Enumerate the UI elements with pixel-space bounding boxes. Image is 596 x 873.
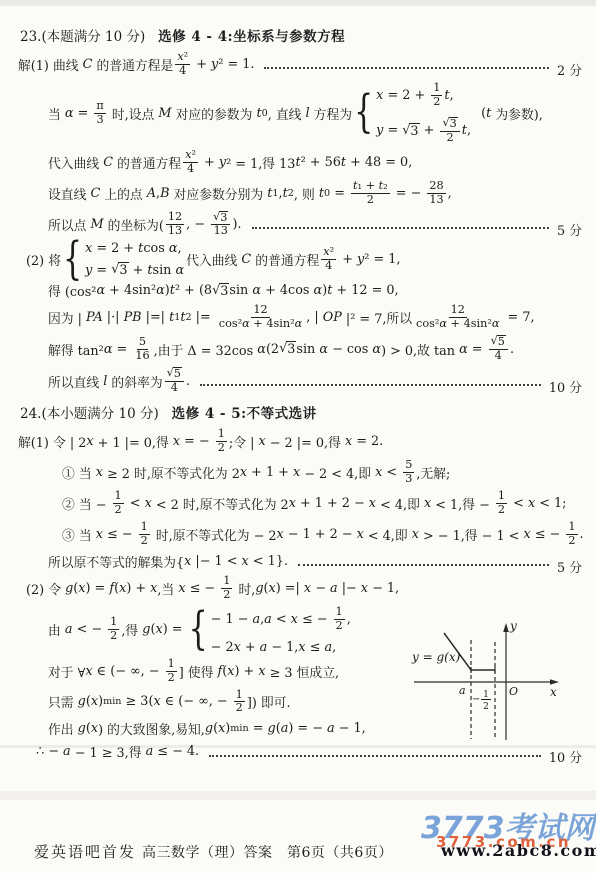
math-var: g (65, 581, 73, 596)
text-run: 上的点 (100, 184, 147, 203)
math-var: x (523, 527, 530, 542)
text-run: + 4cos (261, 283, 314, 298)
text-run: 2 (367, 194, 374, 207)
math-var: x (345, 434, 352, 449)
text-run: 2 (115, 504, 122, 517)
solution-line: ③ 当 x ≤ − 12 时,原不等式化为 − 2x − 1 + 2 − x <… (18, 520, 584, 549)
cases-row: y = √3 + tsin α (85, 262, 184, 278)
cases-rows: x = 2 + 12t,y = √3 + √32t, (376, 81, 471, 146)
scan-artifact-band (0, 791, 596, 800)
origin-label: O (509, 685, 518, 698)
text-run: ≤ − (103, 527, 137, 542)
math-var: x (361, 581, 368, 596)
text-run: 1 (236, 689, 243, 702)
math-fraction: √313 (211, 211, 230, 239)
math-fraction: t₁ + t₂2 (351, 180, 390, 207)
text-run: < (509, 496, 528, 511)
text-run: = (383, 123, 402, 138)
text-run: ² (184, 51, 189, 64)
cases-row: x = 2 + 12t, (376, 81, 471, 110)
solution-line: 解得 tan²α = 516,由于 Δ = 32cos α(2√3sin α −… (18, 334, 584, 364)
math-var: a (63, 744, 71, 759)
text-run: ,由于 Δ = 32cos (154, 340, 258, 359)
math-var: B (160, 186, 169, 201)
math-fraction: 12 (139, 521, 150, 548)
text-run: + (192, 57, 211, 72)
q24-header-prefix: 24.(本小题满分 10 分) (20, 406, 172, 422)
text-run: 1 (568, 521, 575, 534)
text-run: , | (306, 310, 323, 325)
text-run: 2 (447, 132, 454, 145)
math-var: a (330, 581, 338, 596)
fraction-numerator: 5 (137, 336, 148, 350)
fraction-denominator: 4 (323, 260, 334, 273)
text-run: 为参数), (491, 104, 543, 123)
text-run: = 7, (503, 310, 534, 325)
cases-rows: x = 2 + tcos α,y = √3 + tsin α (85, 241, 184, 278)
q23-header: 23.(本题满分 10 分) 选修 4 - 4:坐标系与参数方程 (20, 25, 584, 45)
fraction-denominator: 2 (113, 504, 124, 517)
text-run: ₂ (383, 180, 388, 193)
text-run: = (468, 342, 487, 357)
math-var: g (78, 721, 86, 736)
math-fraction: 12 (334, 606, 345, 633)
math-fraction: x²4 (321, 246, 336, 273)
text-run: 13 (214, 225, 228, 238)
text-run: ∈ (− ∞, − (161, 694, 232, 709)
math-var: g (142, 622, 150, 637)
text-run: 3 (410, 124, 418, 139)
text-run: ② 当 − (62, 494, 111, 513)
text-run: , (178, 241, 182, 256)
sqrt-expression: √3 (213, 211, 228, 225)
solution-line: (2) 将{x = 2 + tcos α,y = √3 + tsin α代入曲线… (18, 241, 584, 278)
math-var: x (269, 581, 276, 596)
y-axis-label: y (509, 619, 517, 633)
math-var: x (357, 527, 364, 542)
text-run: 3 (450, 118, 457, 131)
math-var: α (156, 283, 165, 298)
fraction-denominator: 3 (403, 473, 414, 486)
math-var: g (205, 721, 213, 736)
math-var: α (65, 106, 74, 121)
text-run: 由 (48, 620, 65, 639)
text-run: < 2 时,原不等式化为 2 (152, 494, 289, 513)
text-run: sin (229, 283, 252, 298)
text-run: 2 (168, 672, 175, 685)
math-var: x (173, 434, 180, 449)
text-run: − cos (328, 342, 372, 357)
fraction-denominator: 13 (212, 225, 230, 238)
math-var: C (90, 186, 100, 201)
text-run: 2 (568, 535, 575, 548)
text-run: < − (73, 622, 107, 637)
cases-row: − 1 − a,a < x ≤ − 12, (211, 605, 351, 634)
text-run: + 12 = 0, (332, 283, 398, 298)
math-var: y (219, 155, 226, 170)
text-run: = (112, 342, 131, 357)
cases-rows: − 1 − a,a < x ≤ − 12,− 2x + a − 1,x ≤ a, (211, 605, 351, 655)
math-var: C (241, 252, 251, 267)
x-axis-arrow (550, 679, 559, 685)
text-run: < (126, 496, 145, 511)
math-var: x (155, 622, 162, 637)
text-run: + 4sin² (250, 318, 295, 331)
math-var: x (85, 664, 92, 679)
text-run: 1 (223, 575, 230, 588)
text-run: 1 (110, 616, 117, 629)
text-run: ∈ (− ∞, − (93, 664, 164, 679)
solution-line: 当 α = π3 时,设点 M 对应的参数为 t0, 直线 l 方程为{x = … (18, 81, 584, 146)
text-run: |= (192, 310, 215, 325)
left-brace: { (189, 607, 208, 652)
math-var: x (258, 664, 265, 679)
fraction-denominator: 2 (139, 535, 150, 548)
math-var: α (96, 283, 105, 298)
text-run: ≤ − (531, 527, 565, 542)
fraction-numerator: √5 (489, 335, 508, 350)
solution-line: (2) 令 g(x) = f(x) + x,当 x ≤ − 12 时,g(x) … (18, 574, 584, 603)
fraction-denominator: 2 (334, 620, 345, 633)
text-run: 解得 tan² (48, 340, 104, 359)
text-run: ( (473, 106, 486, 121)
sqrt-expression: √5 (167, 367, 182, 381)
text-run: 的普通方程 (113, 153, 181, 172)
text-run: ③ 当 (62, 525, 96, 544)
text-run: 1 (336, 606, 343, 619)
subscript: min (230, 723, 248, 734)
math-var: α (492, 318, 500, 331)
text-run: sin (153, 263, 176, 278)
text-run: 时,设点 (108, 104, 159, 123)
text-run: + 1 |= 0,得 (94, 432, 173, 451)
fraction-numerator: 1 (221, 575, 232, 589)
text-run: 对应的参数为 (172, 104, 257, 123)
math-var: x (85, 241, 92, 256)
text-run: − 2 (211, 640, 234, 655)
text-run: 2 (433, 96, 440, 109)
text-run: , (467, 123, 471, 138)
scan-artifact-band (0, 0, 596, 6)
text-run: − 2 |= 0,得 (266, 432, 345, 451)
radicand: 3 (449, 117, 458, 131)
math-fraction: 12 (216, 428, 227, 455)
text-run: ² = 1. (218, 57, 254, 72)
math-var: x (91, 694, 98, 709)
text-run: ) 的大致图象,易知, (98, 719, 205, 738)
text-run: , (448, 186, 452, 201)
text-run: 1 (433, 82, 440, 95)
text-run: ] 使得 (179, 662, 218, 681)
math-var: a (252, 612, 260, 627)
footer-source-credit: 爱英语吧首发 (34, 841, 136, 862)
fraction-numerator: 1 (234, 689, 245, 703)
text-run: 1 (141, 521, 148, 534)
text-run: 12 (168, 211, 182, 224)
text-run: 4 (187, 163, 194, 176)
math-var: x (293, 465, 300, 480)
text-run: . (580, 527, 584, 542)
fraction-denominator: cos²α + 4sin²α (217, 318, 304, 331)
text-run: 的坐标为( (104, 215, 164, 234)
fraction-denominator: 2 (166, 672, 177, 685)
radicand: 5 (497, 335, 506, 349)
math-var: α (314, 283, 323, 298)
curve-label: y = g(x) (411, 650, 461, 664)
math-var: x (412, 527, 419, 542)
math-var: x (242, 554, 249, 569)
fraction-numerator: 1 (113, 490, 124, 504)
sqrt-expression: √3 (402, 123, 419, 139)
radicand: 3 (286, 341, 296, 357)
text-run: = (92, 263, 111, 278)
math-fraction: 12 (108, 616, 119, 643)
math-var: a (281, 721, 289, 736)
x-axis-label: x (550, 685, 557, 699)
math-var: α (257, 342, 266, 357)
text-run: − 1, (368, 581, 399, 596)
text-run: 5 (139, 336, 146, 349)
radicand: 3 (219, 211, 228, 225)
text-run: 3 (405, 473, 412, 486)
text-run: ≤ − (298, 612, 332, 627)
fraction-numerator: 1 (496, 490, 507, 504)
solution-line: 所以点 M 的坐标为(1213, − √313).5 分 (18, 210, 584, 240)
cases-row: x = 2 + tcos α, (85, 241, 184, 256)
text-run: = 2. (352, 434, 383, 449)
fraction-denominator: 2 (431, 96, 442, 109)
text-run: 5 (498, 336, 505, 349)
math-var: g (268, 721, 276, 736)
text-run: ₁ + (358, 180, 379, 193)
text-run: = 2 + (383, 88, 429, 103)
sqrt-expression: √5 (491, 335, 506, 349)
solution-line: 设直线 C 上的点 A,B 对应参数分别为 t1,t2, 则 t0 = t₁ +… (18, 179, 584, 208)
sqrt-expression: √3 (442, 117, 457, 131)
math-var: x (145, 496, 152, 511)
left-brace: { (354, 91, 373, 136)
q23-header-prefix: 23.(本题满分 10 分) (20, 29, 158, 45)
fraction-numerator: 1 (431, 82, 442, 96)
text-run: ² (330, 246, 335, 259)
math-var: x (96, 527, 103, 542)
text-run: ≥ 3 恒成立, (266, 662, 340, 681)
text-run: |·| (103, 310, 124, 325)
math-var: x (178, 581, 185, 596)
math-var: x (291, 612, 298, 627)
text-run: > − 1,得 − 1 < (419, 525, 524, 544)
q23-header-title: 选修 4 - 4:坐标系与参数方程 (158, 29, 345, 45)
text-run: ≥ 2 时,原不等式化为 2 (103, 463, 240, 482)
math-fraction: 12 (166, 658, 177, 685)
text-run: , (347, 612, 351, 627)
fraction-denominator: 4 (177, 65, 188, 78)
minus-half-label-den: 2 (483, 702, 489, 712)
text-run: ² + 56 (301, 155, 341, 170)
fraction-denominator: 2 (445, 132, 456, 145)
math-var: x (258, 434, 265, 449)
math-fraction: √54 (489, 335, 508, 363)
solution-line: 解(1) 令 | 2x + 1 |= 0,得 x = − 12;令 | x − … (18, 427, 584, 456)
fraction-numerator: x² (321, 246, 336, 260)
text-run: ,无解; (416, 463, 450, 482)
math-var: y (211, 57, 218, 72)
text-run: − 2 < 4,即 (300, 463, 375, 482)
math-var: a (146, 744, 154, 759)
text-run: 方程为 (310, 104, 352, 123)
text-run: 因为 | (48, 308, 86, 327)
text-run: 4 (171, 382, 178, 395)
text-run: 代入曲线 (186, 250, 241, 269)
math-var: x (91, 721, 98, 736)
text-run: 4 (179, 65, 186, 78)
math-var: y (357, 252, 364, 267)
math-var: x (96, 465, 103, 480)
text-run: − 1, (267, 640, 298, 655)
text-run: 2 (336, 620, 343, 633)
math-fraction: 12cos²α + 4sin²α (217, 304, 304, 331)
text-run: = (330, 186, 349, 201)
math-var: PB (124, 310, 142, 325)
sqrt-expression: √3 (111, 262, 128, 278)
math-var: A (147, 186, 156, 201)
text-run: ). (232, 217, 241, 232)
fraction-denominator: 4 (493, 350, 504, 363)
text-run: + 4sin² (447, 318, 492, 331)
math-var: x (184, 554, 191, 569)
math-var: C (83, 57, 93, 72)
math-fraction: π3 (94, 100, 105, 127)
math-var: α (459, 342, 468, 357)
a-label: a (459, 684, 466, 697)
math-var: a (327, 721, 335, 736)
text-run: |− (338, 581, 361, 596)
text-run: 13 (429, 194, 443, 207)
text-run: 设直线 (48, 184, 90, 203)
fraction-denominator: 13 (427, 194, 445, 207)
text-run: ) > 0,故 tan (381, 340, 459, 359)
math-var: a (260, 640, 268, 655)
subscript: min (103, 696, 121, 707)
text-run: 3 (97, 114, 104, 127)
text-run: 5 (174, 368, 181, 381)
fraction-numerator: 1 (334, 606, 345, 620)
score-label: 5 分 (557, 557, 582, 576)
text-run: 1 (498, 490, 505, 503)
text-run: , − (186, 217, 209, 232)
math-fraction: 53 (403, 459, 414, 486)
text-run: + (420, 123, 439, 138)
text-run: 所以原不等式的解集为{ (48, 552, 184, 571)
radicand: 3 (219, 283, 229, 299)
text-run: < 4,即 (364, 525, 412, 544)
fraction-denominator: 2 (365, 194, 376, 207)
sqrt-expression: √3 (212, 283, 229, 299)
math-var: x (298, 640, 305, 655)
text-run: ∴ − (36, 744, 63, 759)
solution-line: 因为 | PA |·| PB |=| t1t2 |= 12cos²α + 4si… (18, 303, 584, 332)
text-run: cos² (416, 318, 439, 331)
math-fraction: x²4 (175, 51, 190, 78)
fraction-denominator: 2 (216, 442, 227, 455)
fraction-numerator: 1 (108, 616, 119, 630)
fraction-numerator: 28 (427, 180, 445, 194)
text-run: ① 当 (62, 463, 96, 482)
text-run: cos² (219, 318, 242, 331)
fraction-denominator: 2 (566, 535, 577, 548)
text-run: 1 (168, 658, 175, 671)
score-label: 5 分 (557, 220, 582, 239)
text-run: 2 (223, 589, 230, 602)
math-var: y (85, 263, 92, 278)
text-run: = − (392, 186, 426, 201)
cases-row: − 2x + a − 1,x ≤ a, (211, 640, 351, 655)
math-var: α (176, 263, 185, 278)
math-fraction: 12cos²α + 4sin²α (414, 304, 501, 331)
fraction-numerator: 1 (166, 658, 177, 672)
math-fraction: x²4 (183, 149, 198, 176)
solution-line: 解(1) 曲线 C 的普通方程是x²4 + y² = 1.2 分 (18, 50, 584, 79)
text-run: (2) 将 (26, 250, 61, 269)
y-axis-arrow (503, 623, 509, 632)
math-var: α (439, 318, 447, 331)
math-var: α (372, 342, 381, 357)
fraction-numerator: 1 (566, 521, 577, 535)
fraction-numerator: x² (183, 149, 198, 163)
text-run: 的普通方程 (251, 250, 319, 269)
cases-group: {− 1 − a,a < x ≤ − 12,− 2x + a − 1,x ≤ a… (189, 605, 351, 655)
fraction-numerator: π (94, 100, 105, 114)
math-var: α (295, 318, 303, 331)
math-var: a (324, 640, 332, 655)
text-run: 3 (287, 342, 295, 357)
text-run: 28 (429, 180, 443, 193)
fraction-denominator: 4 (185, 163, 196, 176)
text-run: 12 (253, 304, 267, 317)
text-run: 对应参数分别为 (170, 184, 268, 203)
text-run: < 1,得 − (431, 494, 494, 513)
dotted-leader (252, 225, 549, 229)
text-run: + 1 + (247, 465, 293, 480)
math-var: M (158, 106, 171, 121)
math-var: α (319, 342, 328, 357)
math-fraction: √32 (440, 117, 459, 145)
text-run: 的普通方程是 (92, 55, 173, 74)
math-var: x (528, 496, 535, 511)
text-run: ) + (126, 581, 150, 596)
math-var: x (119, 581, 126, 596)
text-run: , (332, 640, 336, 655)
math-var: x (240, 465, 247, 480)
math-fraction: √54 (165, 367, 184, 395)
fraction-denominator: cos²α + 4sin²α (414, 318, 501, 331)
fraction-numerator: 12 (166, 211, 184, 225)
text-run: 3 (220, 284, 228, 299)
watermark-url: www.2abc8.com (441, 841, 596, 860)
fraction-denominator: 4 (169, 382, 180, 395)
math-var: x (375, 465, 382, 480)
text-run: 2 (141, 535, 148, 548)
fraction-denominator: 2 (221, 589, 232, 602)
text-run: − 1 − (211, 612, 253, 627)
q24-header-title: 选修 4 - 5:不等式选讲 (172, 406, 317, 422)
fraction-numerator: 1 (216, 428, 227, 442)
fraction-denominator: 2 (234, 702, 245, 715)
text-run: ² = 1,得 13 (226, 153, 295, 172)
text-run: = (249, 721, 268, 736)
math-var: x (424, 496, 431, 511)
fraction-numerator: x² (175, 51, 190, 65)
